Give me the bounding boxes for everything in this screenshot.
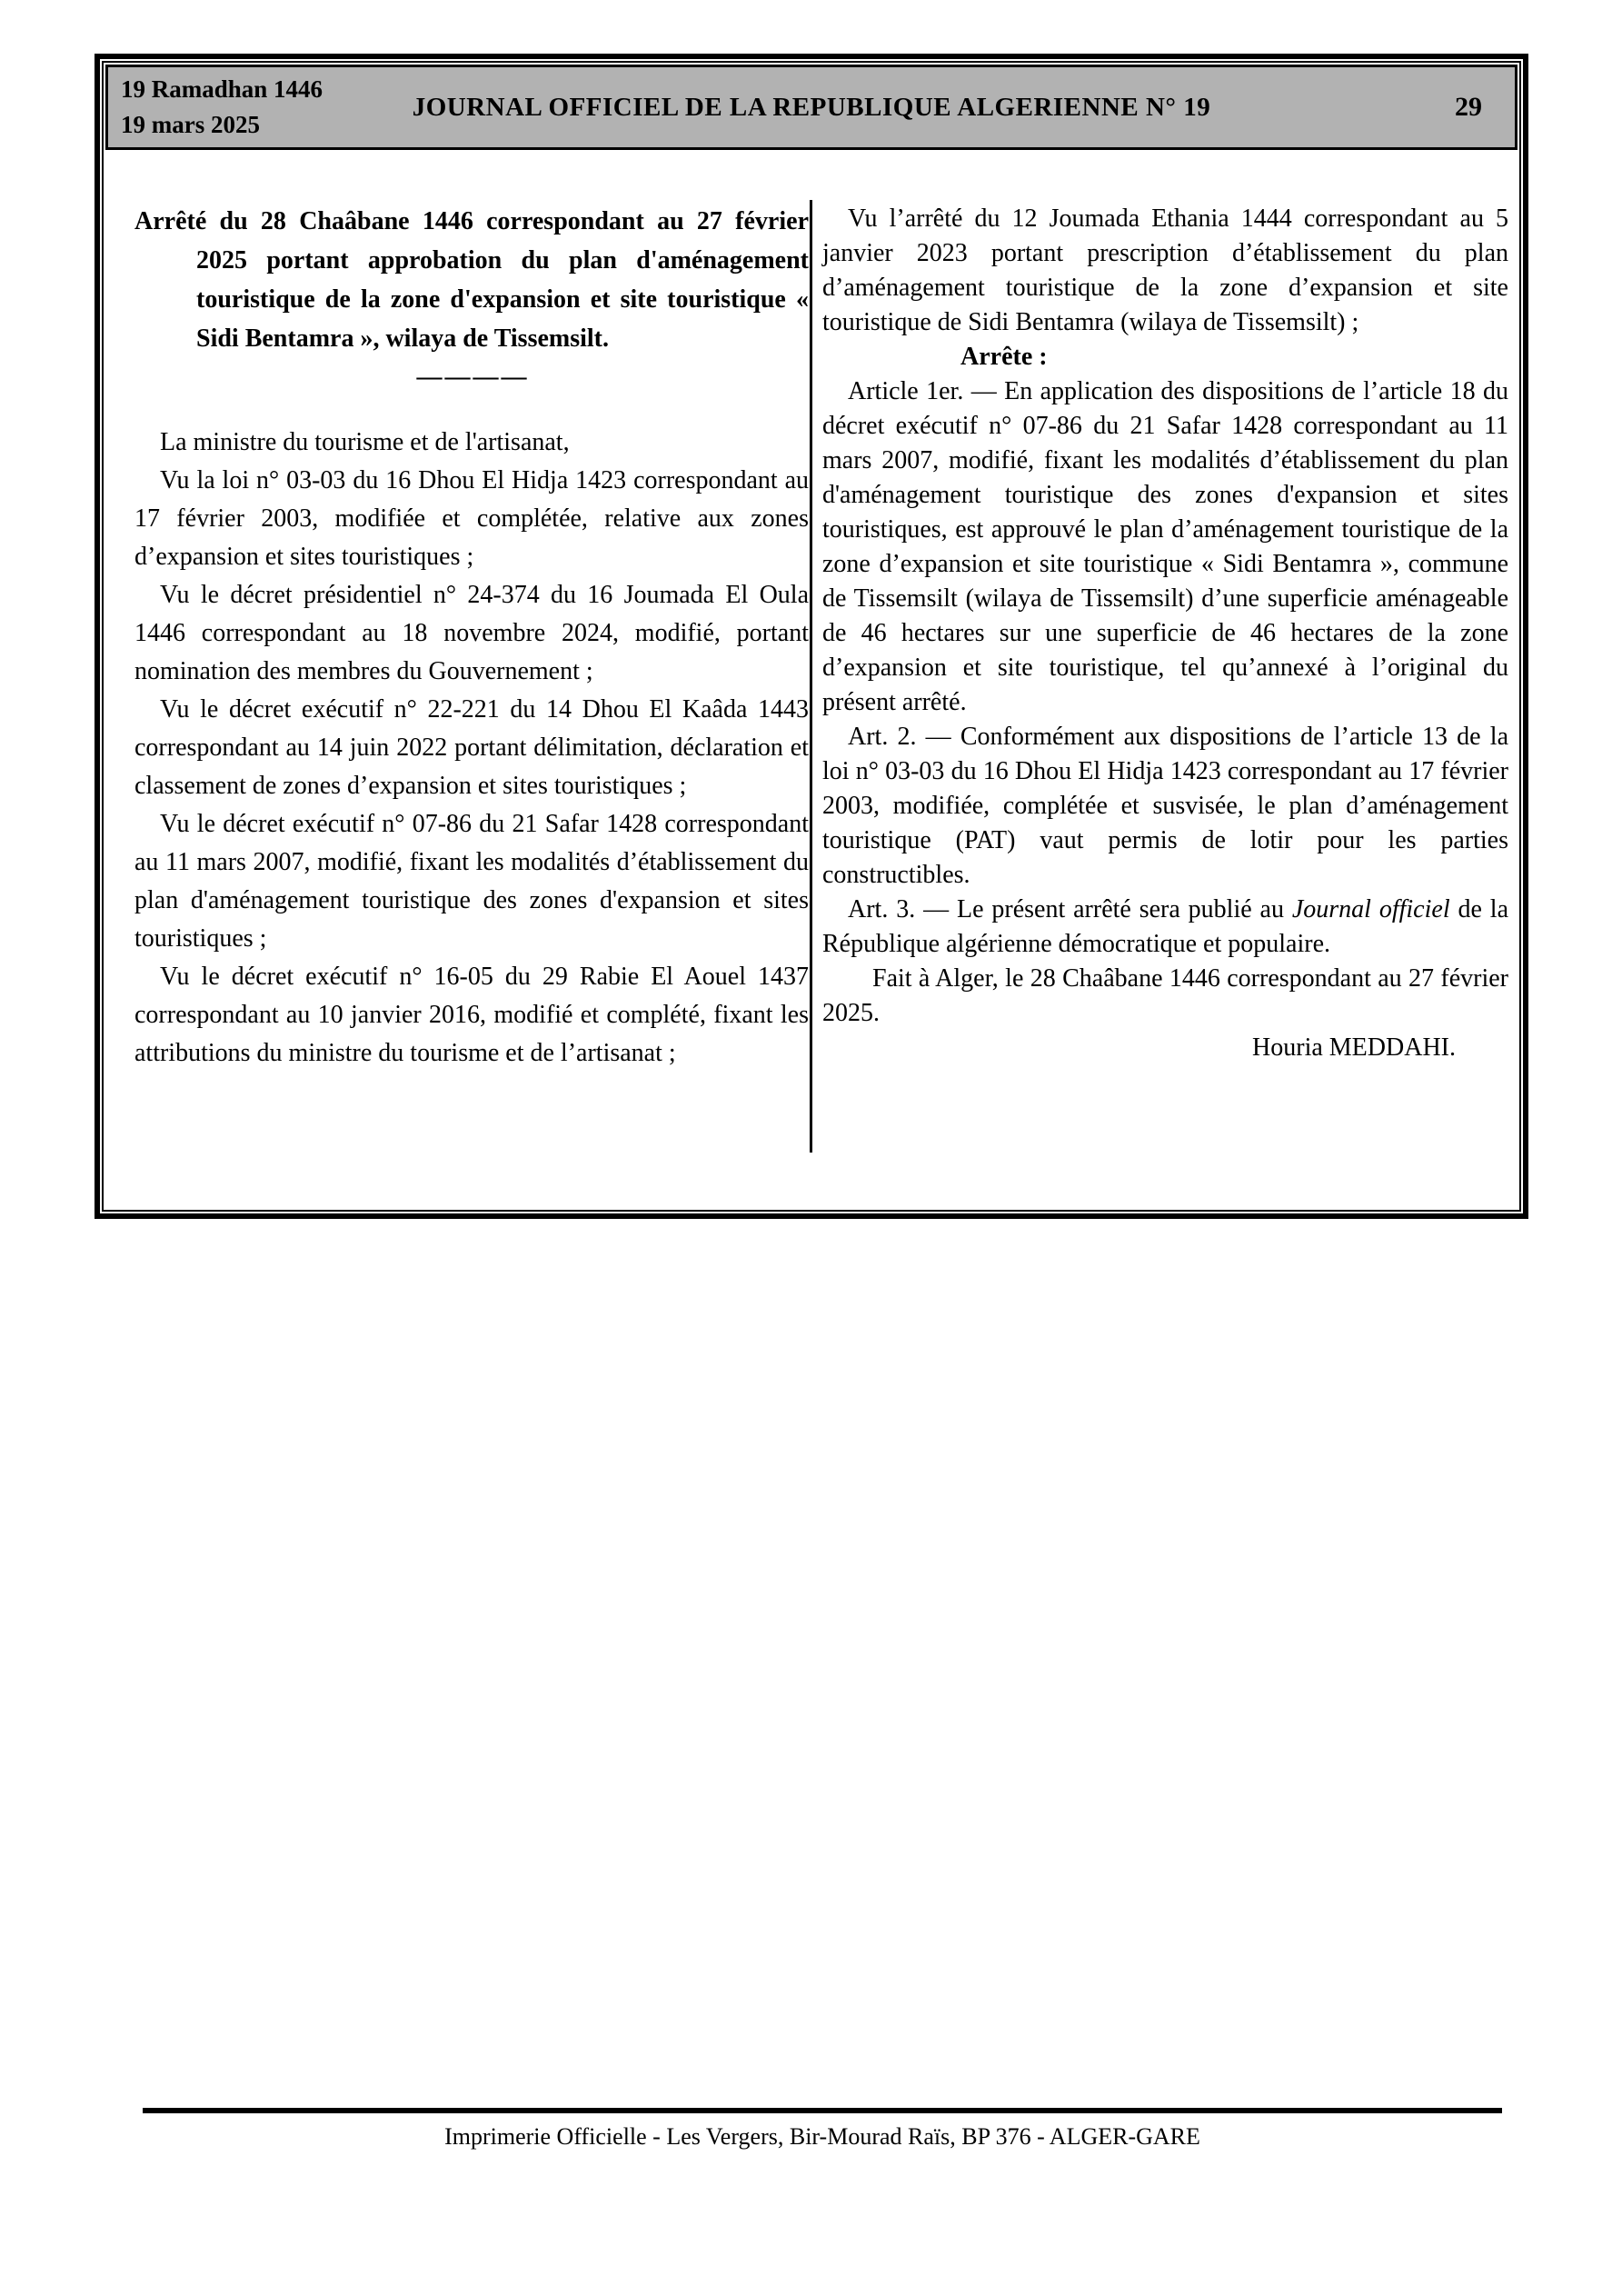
paragraph-visa-decret-07-86: Vu le décret exécutif n° 07-86 du 21 Saf… (134, 805, 809, 958)
paragraph-visa-decret-22-221: Vu le décret exécutif n° 22-221 du 14 Dh… (134, 691, 809, 805)
paragraph-visa-decret-16-05: Vu le décret exécutif n° 16-05 du 29 Rab… (134, 958, 809, 1073)
page: { "colors": { "header_bar_bg": "#b2b2b2"… (0, 0, 1622, 2296)
journal-officiel-italic: Journal officiel (1292, 895, 1450, 923)
arrete-heading: Arrête : (822, 340, 1508, 374)
dateline: Fait à Alger, le 28 Chaâbane 1446 corres… (822, 962, 1508, 1031)
title-separator: — — — — (134, 358, 809, 396)
paragraph-visa-decret-24-374: Vu le décret présidentiel n° 24-374 du 1… (134, 576, 809, 691)
paragraph-minister: La ministre du tourisme et de l'artisana… (134, 424, 809, 462)
journal-title: JOURNAL OFFICIEL DE LA REPUBLIQUE ALGERI… (108, 67, 1515, 147)
footer-imprint: Imprimerie Officielle - Les Vergers, Bir… (143, 2121, 1502, 2152)
header-bar: 19 Ramadhan 1446 19 mars 2025 JOURNAL OF… (105, 65, 1518, 150)
article-3: Art. 3. — Le présent arrêté sera publié … (822, 893, 1508, 962)
paragraph-visa-arrete-1444: Vu l’arrêté du 12 Joumada Ethania 1444 c… (822, 202, 1508, 340)
column-left: Arrêté du 28 Chaâbane 1446 correspondant… (134, 202, 809, 1073)
article-3-pre: Art. 3. — Le présent arrêté sera publié … (848, 895, 1292, 923)
paragraph-visa-loi-03-03: Vu la loi n° 03-03 du 16 Dhou El Hidja 1… (134, 462, 809, 576)
decree-title: Arrêté du 28 Chaâbane 1446 correspondant… (134, 202, 809, 358)
article-1: Article 1er. — En application des dispos… (822, 374, 1508, 720)
signature: Houria MEDDAHI. (822, 1031, 1508, 1065)
footer-rule (143, 2108, 1502, 2113)
article-2: Art. 2. — Conformément aux dispositions … (822, 720, 1508, 893)
column-right: Vu l’arrêté du 12 Joumada Ethania 1444 c… (822, 202, 1508, 1065)
page-number: 29 (1455, 67, 1482, 147)
column-divider (810, 200, 812, 1153)
